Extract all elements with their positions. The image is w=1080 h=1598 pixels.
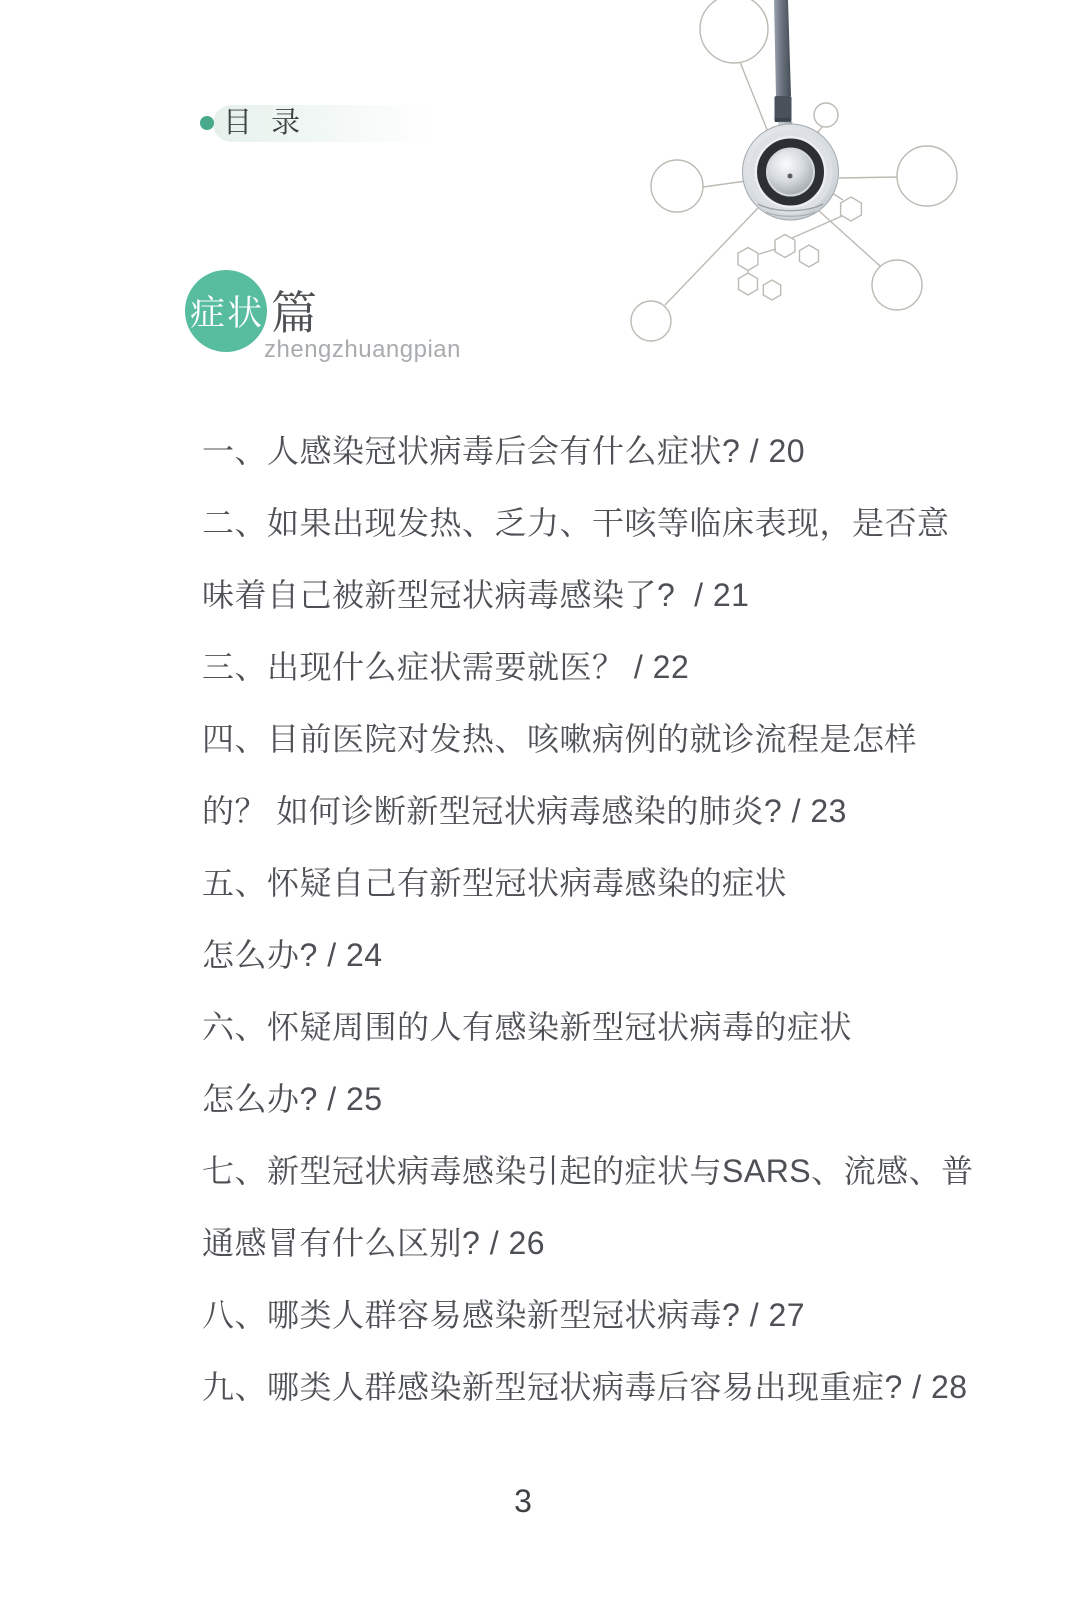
toc-line: 五、怀疑自己有新型冠状病毒感染的症状 bbox=[202, 847, 922, 919]
toc-line: 一、人感染冠状病毒后会有什么症状? / 20 bbox=[202, 415, 922, 487]
toc-line: 通感冒有什么区别? / 26 bbox=[202, 1207, 922, 1279]
toc-line: 四、目前医院对发热、咳嗽病例的就诊流程是怎样 bbox=[202, 703, 922, 775]
section-badge-pinyin: zhengzhuangpian bbox=[264, 336, 461, 364]
section-badge-circle: 症状 bbox=[185, 270, 267, 352]
stethoscope-image bbox=[743, 0, 839, 220]
toc-line: 味着自己被新型冠状病毒感染了? / 21 bbox=[202, 559, 922, 631]
green-dot-icon bbox=[200, 116, 214, 130]
toc-line: 九、哪类人群感染新型冠状病毒后容易出现重症? / 28 bbox=[202, 1351, 922, 1423]
toc-line: 六、怀疑周围的人有感染新型冠状病毒的症状 bbox=[202, 991, 922, 1063]
toc-line: 三、出现什么症状需要就医？ / 22 bbox=[202, 631, 922, 703]
toc-line: 怎么办? / 25 bbox=[202, 1063, 922, 1135]
page-number: 3 bbox=[0, 1483, 1046, 1520]
toc-line: 的？ 如何诊断新型冠状病毒感染的肺炎? / 23 bbox=[202, 775, 922, 847]
stethoscope-decoration-image bbox=[600, 0, 1080, 360]
section-badge-text: 症状 bbox=[190, 286, 264, 336]
toc-line: 怎么办? / 24 bbox=[202, 919, 922, 991]
toc-header-title: 目 录 bbox=[223, 105, 301, 142]
section-badge-suffix: 篇 bbox=[271, 290, 317, 336]
toc-line: 八、哪类人群容易感染新型冠状病毒? / 27 bbox=[202, 1279, 922, 1351]
toc-list: 一、人感染冠状病毒后会有什么症状? / 20 二、如果出现发热、乏力、干咳等临床… bbox=[202, 415, 922, 1423]
toc-line: 二、如果出现发热、乏力、干咳等临床表现，是否意 bbox=[202, 487, 922, 559]
toc-line: 七、新型冠状病毒感染引起的症状与SARS、流感、普 bbox=[202, 1135, 922, 1207]
document-page: 目 录 症状 篇 zhengzhuangpian 一、人感染冠状病毒后会有什么症… bbox=[0, 0, 1080, 1598]
